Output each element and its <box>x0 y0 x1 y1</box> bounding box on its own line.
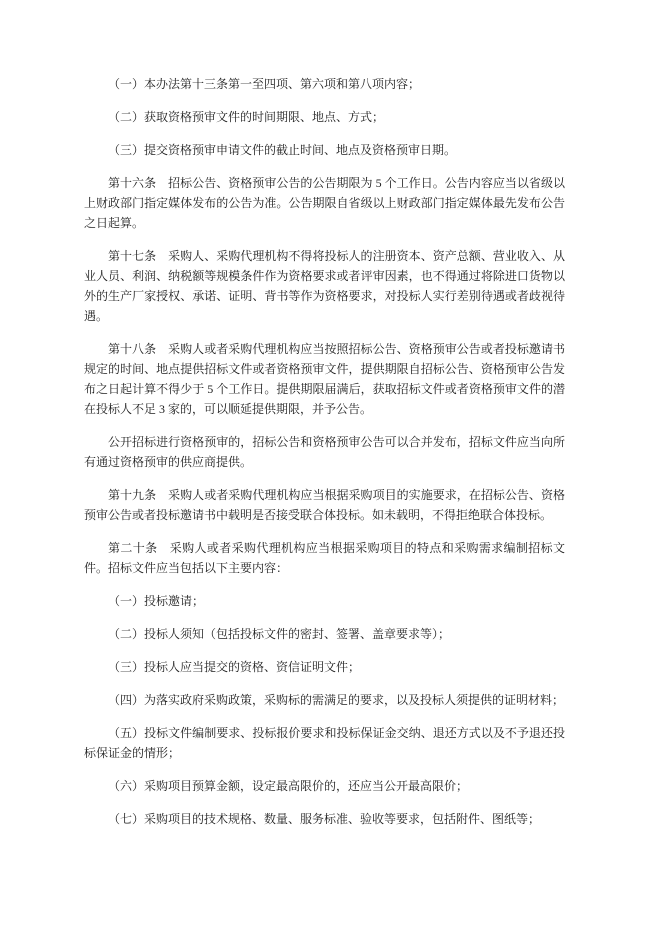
article-20-item-3: （三）投标人应当提交的资格、资信证明文件； <box>84 657 565 677</box>
article-18: 第十八条 采购人或者采购代理机构应当按照招标公告、资格预审公告或者投标邀请书规定… <box>84 339 565 419</box>
article-20-item-7: （七）采购项目的技术规格、数量、服务标准、验收等要求，包括附件、图纸等； <box>84 809 565 829</box>
article-17: 第十七条 采购人、采购代理机构不得将投标人的注册资本、资产总额、营业收入、从业人… <box>84 246 565 326</box>
article-16: 第十六条 招标公告、资格预审公告的公告期限为 5 个工作日。公告内容应当以省级以… <box>84 173 565 233</box>
article-20-item-5: （五）投标文件编制要求、投标报价要求和投标保证金交纳、退还方式以及不予退还投标保… <box>84 723 565 763</box>
article-20-item-4: （四）为落实政府采购政策，采购标的需满足的要求，以及投标人须提供的证明材料； <box>84 690 565 710</box>
article-20-item-2: （二）投标人须知（包括投标文件的密封、签署、盖章要求等）； <box>84 624 565 644</box>
clause-sub-item-2: （二）获取资格预审文件的时间期限、地点、方式； <box>84 107 565 127</box>
clause-sub-item-3: （三）提交资格预审申请文件的截止时间、地点及资格预审日期。 <box>84 140 565 160</box>
article-20-item-1: （一）投标邀请； <box>84 591 565 611</box>
clause-sub-item-1: （一）本办法第十三条第一至四项、第六项和第八项内容； <box>84 74 565 94</box>
article-19: 第十九条 采购人或者采购代理机构应当根据采购项目的实施要求，在招标公告、资格预审… <box>84 485 565 525</box>
article-20: 第二十条 采购人或者采购代理机构应当根据采购项目的特点和采购需求编制招标文件。招… <box>84 538 565 578</box>
article-18-para-2: 公开招标进行资格预审的，招标公告和资格预审公告可以合并发布，招标文件应当向所有通… <box>84 432 565 472</box>
document-page: （一）本办法第十三条第一至四项、第六项和第八项内容； （二）获取资格预审文件的时… <box>0 0 662 936</box>
document-text-block: （一）本办法第十三条第一至四项、第六项和第八项内容； （二）获取资格预审文件的时… <box>84 74 565 842</box>
article-20-item-6: （六）采购项目预算金额，设定最高限价的，还应当公开最高限价； <box>84 776 565 796</box>
